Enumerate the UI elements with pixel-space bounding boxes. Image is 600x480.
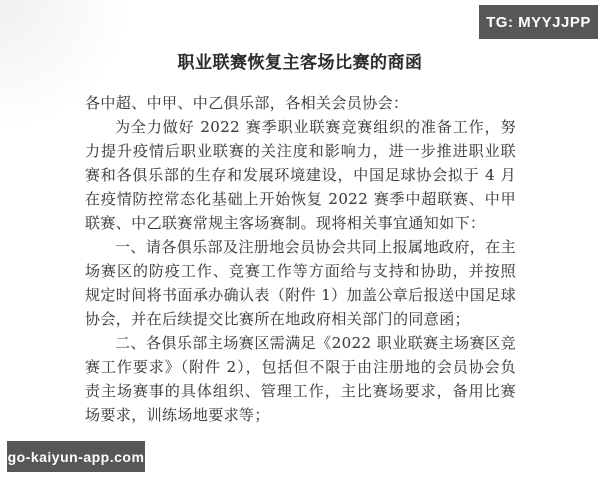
site-watermark-badge: go-kaiyun-app.com — [7, 441, 145, 472]
document-body: 各中超、中甲、中乙俱乐部，各相关会员协会： 为全力做好 2022 赛季职业联赛竞… — [85, 91, 516, 427]
paragraph-item-2: 二、各俱乐部主场赛区需满足《2022 职业联赛主场赛区竞赛工作要求》（附件 2）… — [85, 331, 516, 427]
paragraph-item-1: 一、请各俱乐部及注册地会员协会共同上报属地政府，在主场赛区的防疫工作、竞赛工作等… — [85, 235, 516, 331]
document-title: 职业联赛恢复主客场比赛的商函 — [0, 48, 600, 73]
telegram-watermark-badge: TG: MYYJJPP — [479, 5, 598, 39]
paragraph-intro: 为全力做好 2022 赛季职业联赛竞赛组织的准备工作，努力提升疫情后职业联赛的关… — [85, 115, 516, 235]
document-page: TG: MYYJJPP 职业联赛恢复主客场比赛的商函 各中超、中甲、中乙俱乐部，… — [0, 0, 600, 480]
salutation-line: 各中超、中甲、中乙俱乐部，各相关会员协会： — [85, 91, 516, 115]
